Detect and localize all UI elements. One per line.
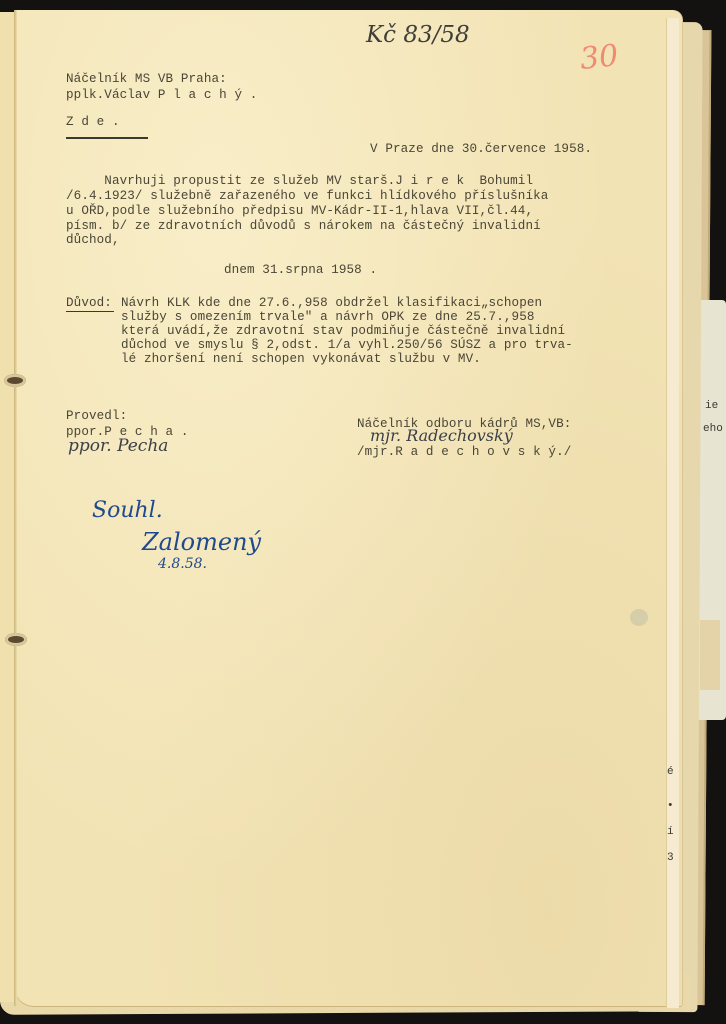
body-line: u OŘD,podle služebního předpisu MV-Kádr-… bbox=[66, 205, 533, 218]
body-line: Navrhuji propustit ze služeb MV starš.J … bbox=[66, 175, 533, 188]
chief-name: /mjr.R a d e c h o v s k ý./ bbox=[357, 446, 571, 459]
reason-line: služby s omezením trvale" a návrh OPK ze… bbox=[121, 311, 535, 324]
punch-mark bbox=[630, 609, 648, 626]
effective-date: dnem 31.srpna 1958 . bbox=[224, 264, 377, 277]
reference-note: Kč 83/58 bbox=[366, 22, 470, 48]
binding-fold bbox=[14, 10, 17, 1006]
approval-signature: Zalomený bbox=[142, 528, 261, 556]
approval-date: 4.8.58. bbox=[158, 556, 207, 572]
approval-note: Souhl. bbox=[92, 498, 163, 523]
addressee-line-1: Náčelník MS VB Praha: bbox=[66, 73, 227, 86]
underlying-page-tab bbox=[700, 620, 720, 690]
reason-line: lé zhoršení není schopen vykonávat služb… bbox=[121, 353, 481, 366]
chief-signature: mjr. Radechovský bbox=[370, 426, 513, 445]
prepared-by-signature: ppor. Pecha bbox=[68, 436, 168, 456]
place-date: V Praze dne 30.července 1958. bbox=[370, 143, 592, 156]
body-line: písm. b/ ze zdravotních důvodů s nárokem… bbox=[66, 220, 541, 233]
underlying-text-fragment: ie bbox=[705, 400, 718, 412]
edge-char: • bbox=[667, 800, 674, 812]
edge-char: í bbox=[667, 826, 674, 838]
reason-line: Návrh KLK kde dne 27.6.,958 obdržel klas… bbox=[121, 297, 542, 310]
reason-label-underline bbox=[66, 311, 114, 312]
reason-label: Důvod: bbox=[66, 297, 112, 310]
body-line: důchod, bbox=[66, 234, 120, 247]
edge-char: é bbox=[667, 766, 674, 778]
punch-hole bbox=[5, 633, 27, 646]
zde-line: Z d e . bbox=[66, 116, 120, 129]
zde-underline bbox=[66, 137, 148, 139]
underlying-text-fragment: eho bbox=[703, 423, 723, 435]
edge-char: 3 bbox=[667, 852, 674, 864]
addressee-line-2: pplk.Václav P l a c h ý . bbox=[66, 89, 257, 102]
body-line: /6.4.1923/ služebně zařazeného ve funkci… bbox=[66, 190, 548, 203]
reason-line: důchod ve smyslu § 2,odst. 1/a vyhl.250/… bbox=[121, 339, 573, 352]
reason-line: která uvádí,že zdravotní stav podmiňuje … bbox=[121, 325, 565, 338]
folio-number: 30 bbox=[578, 38, 620, 77]
punch-hole bbox=[4, 374, 26, 387]
prepared-by-label: Provedl: bbox=[66, 410, 127, 423]
